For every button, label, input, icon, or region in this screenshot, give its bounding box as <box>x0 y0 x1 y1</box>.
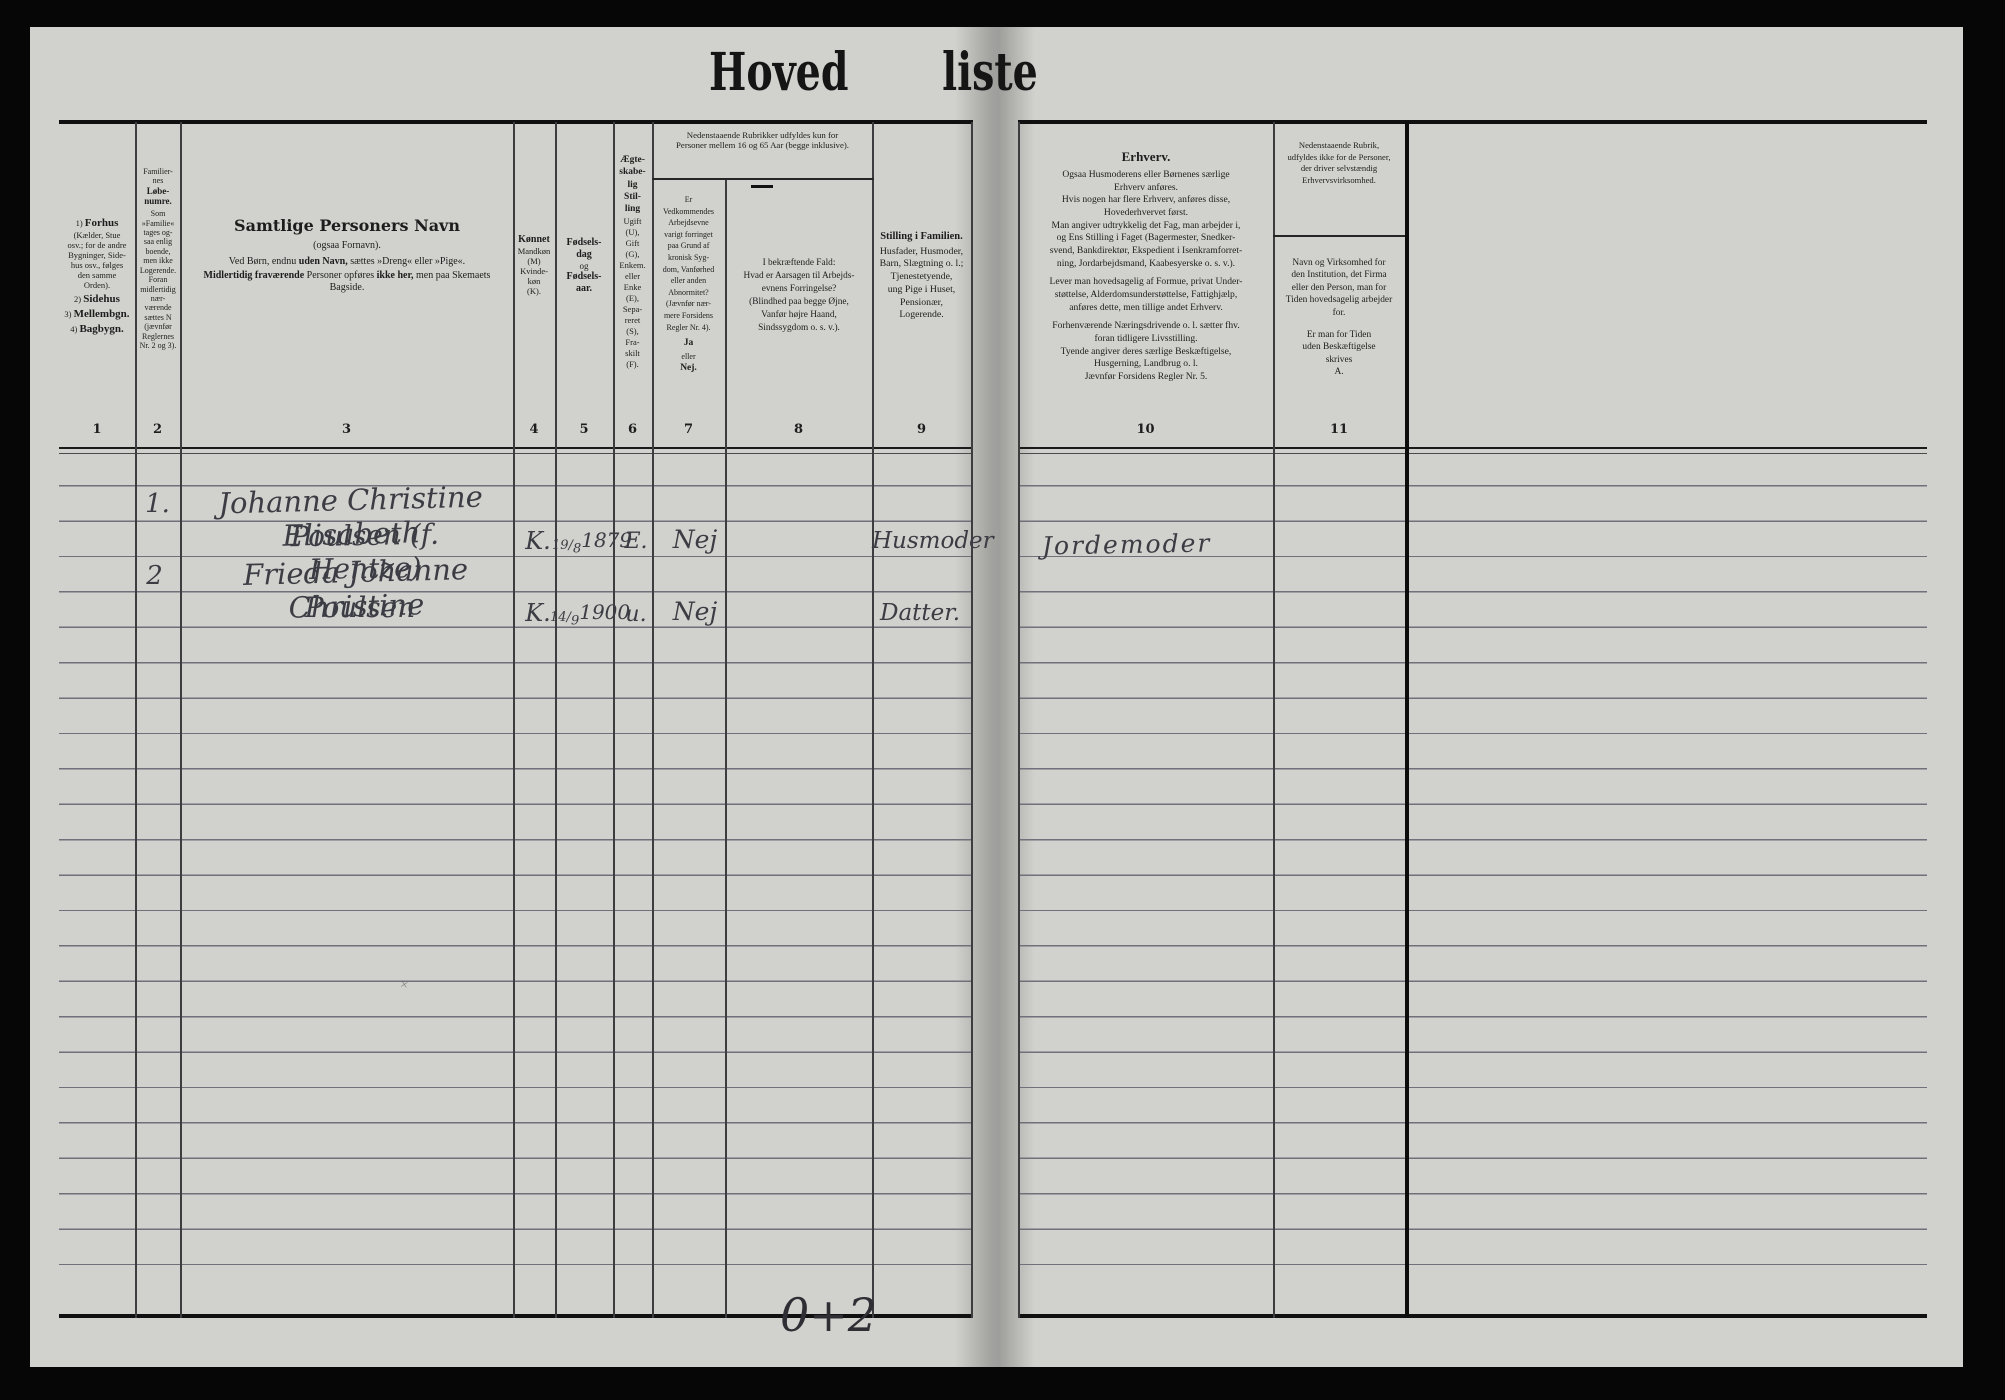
page-title: Hoved liste <box>620 42 1120 103</box>
column-line-11-right-thick <box>1405 122 1409 1318</box>
col4-note: Mandkøn (M) Kvinde- køn (K). <box>514 246 554 296</box>
title-word-left: Hoved <box>709 42 848 103</box>
scanned-census-document: Hoved liste 1) Forhus (Kælder, Stue osv.… <box>0 0 2005 1400</box>
column-line-9-right <box>971 122 973 1318</box>
column-line-3-4 <box>513 122 515 1318</box>
col2-note: Som »Familie« tages og- saa enlig boende… <box>137 209 179 351</box>
col9-note: Husfader, Husmoder, Barn, Slægtning o. l… <box>873 246 970 322</box>
row1-family-number: 1. <box>135 489 180 519</box>
col10-p6: Tyende angiver deres særlige Beskæftigel… <box>1026 346 1266 371</box>
col11-main: Navn og Virksomhed for den Institution, … <box>1276 257 1402 319</box>
title-word-right: liste <box>942 42 1038 103</box>
row2-birth-fraction: 14/9 <box>550 612 579 627</box>
col6-note: Ugift (U), Gift (G), Enkem. eller Enke (… <box>614 216 651 371</box>
header-separator-line <box>1018 447 1927 449</box>
col6-head: Ægte- skabe- lig Stil- ling <box>614 154 651 216</box>
column-line-10-left <box>1018 122 1020 1318</box>
col5-mid: og <box>556 261 612 272</box>
row2-birth-month: 9 <box>571 614 579 629</box>
bottom-tally: 0+2 <box>780 1288 877 1342</box>
col3-sub2-n2: sættes »Dreng« eller »Pige«. <box>348 256 465 267</box>
col10-p1: Ogsaa Husmoderens eller Børnenes særlige… <box>1026 169 1266 194</box>
col3-title: Samtlige Personers Navn <box>184 217 510 236</box>
row2-family-position: Datter. <box>880 600 960 626</box>
col7-nej: Nej. <box>653 362 724 376</box>
row1-occupation: Jordemoder <box>1042 529 1212 561</box>
col3-sub2-n1: Ved Børn, endnu <box>229 256 299 267</box>
row1-family-position: Husmoder <box>872 528 994 554</box>
col1-item-4-num: 4) <box>70 324 77 334</box>
row2-work-ability: Nej <box>650 597 740 626</box>
col3-number: 3 <box>180 422 513 437</box>
header-col2-family-number: Familier- nes Løbe- numre. Som »Familie«… <box>137 167 179 351</box>
col4-head: Kønnet <box>514 234 554 246</box>
row2-birth-day: 14 <box>550 610 567 625</box>
col5-head2: Fødsels- aar. <box>556 271 612 295</box>
col10-p7: Jævnfør Forsidens Regler Nr. 5. <box>1026 371 1266 384</box>
row1-birth-month: 8 <box>573 542 581 557</box>
col1-item-2: 2) Sidehus <box>61 293 133 306</box>
span-header-dash <box>751 185 773 188</box>
col1-item-4-name: Bagbygn. <box>79 323 123 335</box>
col6-number: 6 <box>613 422 652 437</box>
col9-head: Stilling i Familien. <box>873 230 970 244</box>
col11-number: 11 <box>1273 422 1405 437</box>
column-line-2-3 <box>180 122 182 1318</box>
col3-sub2: Ved Børn, endnu uden Navn, sættes »Dreng… <box>184 256 510 268</box>
row1-birth-fraction: 19/8 <box>552 540 581 555</box>
row-rule-lines <box>1018 451 1927 1281</box>
table-bottom-border <box>1018 1314 1927 1318</box>
row1-work-ability: Nej <box>650 525 740 554</box>
table-top-border <box>59 120 973 124</box>
column-line-4-5 <box>555 122 557 1318</box>
header-col3-names: Samtlige Personers Navn (ogsaa Fornavn).… <box>184 217 510 294</box>
header-col9-family-position: Stilling i Familien. Husfader, Husmoder,… <box>873 230 970 322</box>
col1-item-1-num: 1) <box>76 218 83 228</box>
col7-note: Er Vedkommendes Arbejdsevne varigt forri… <box>653 194 724 333</box>
census-table-right-page: Erhverv. Ogsaa Husmoderens eller Børnene… <box>1018 122 1927 1318</box>
header-col4-sex: Kønnet Mandkøn (M) Kvinde- køn (K). <box>514 234 554 296</box>
col1-item-3-name: Mellembgn. <box>74 308 130 320</box>
header-col6-marital: Ægte- skabe- lig Stil- ling Ugift (U), G… <box>614 154 651 370</box>
col3-sub3-n1: Personer opføres <box>304 270 376 281</box>
col7-ja: Ja <box>653 337 724 351</box>
census-table-left-page: 1) Forhus (Kælder, Stue osv.; for de and… <box>59 122 973 1318</box>
column-line-7-8 <box>725 180 727 1318</box>
col7-eller: eller <box>653 351 724 363</box>
col3-sub3-b2: ikke her, <box>377 270 414 281</box>
col3-sub1: (ogsaa Fornavn). <box>184 240 510 252</box>
col8-number: 8 <box>725 422 872 437</box>
col1-item-1: 1) Forhus <box>61 217 133 230</box>
column-line-10-11 <box>1273 122 1275 1318</box>
col1-item-1-name: Forhus <box>85 217 119 229</box>
col5-number: 5 <box>555 422 613 437</box>
col1-item-2-num: 2) <box>74 294 81 304</box>
table-top-border <box>1018 120 1927 124</box>
col1-item-2-name: Sidehus <box>83 293 120 305</box>
col1-number: 1 <box>59 422 135 437</box>
col10-head: Erhverv. <box>1026 148 1266 165</box>
col2-head: Familier- nes <box>137 167 179 186</box>
col1-item-3: 3) Mellembgn. <box>61 308 133 321</box>
col10-p5: Forhenværende Næringsdrivende o. l. sætt… <box>1026 320 1266 345</box>
col1-note: (Kælder, Stue osv.; for de andre Bygning… <box>61 230 133 290</box>
col4-number: 4 <box>513 422 555 437</box>
col7-number: 7 <box>652 422 725 437</box>
col3-sub2-b: uden Navn, <box>299 256 348 267</box>
col5-head1: Fødsels- dag <box>556 237 612 261</box>
col1-item-4: 4) Bagbygn. <box>61 323 133 336</box>
header-separator-line <box>59 447 973 449</box>
header-col5-birthdate: Fødsels- dag og Fødsels- aar. <box>556 237 612 295</box>
col2-number: 2 <box>135 422 180 437</box>
header-col10-occupation: Erhverv. Ogsaa Husmoderens eller Børnene… <box>1026 148 1266 384</box>
col9-number: 9 <box>872 422 971 437</box>
col3-sub3: Midlertidig fraværende Personer opføres … <box>197 270 497 294</box>
row2-family-number: 2 <box>132 561 177 591</box>
col10-number: 10 <box>1018 422 1273 437</box>
header-span-7-8: Nedenstaaende Rubrikker udfyldes kun for… <box>653 130 872 151</box>
span-header-underline <box>652 178 874 180</box>
row1-birth-day: 19 <box>552 538 569 553</box>
header-col11-note: Nedenstaaende Rubrik, udfyldes ikke for … <box>1276 140 1402 186</box>
header-col11-employer: Navn og Virksomhed for den Institution, … <box>1276 257 1402 379</box>
col10-p4: Lever man hovedsagelig af Formue, privat… <box>1026 276 1266 314</box>
col11-main2: Er man for Tiden uden Beskæftigelse skri… <box>1276 329 1402 379</box>
col10-p2: Hvis nogen har flere Erhverv, anføres di… <box>1026 194 1266 219</box>
row2-name-line2: Poulsen <box>280 591 440 624</box>
header-col1-building: 1) Forhus (Kælder, Stue osv.; for de and… <box>61 217 133 336</box>
col10-p3: Man angiver udtrykkelig det Fag, man arb… <box>1026 220 1266 271</box>
col3-sub3-b1: Midlertidig fraværende <box>204 270 305 281</box>
header-col7-work-ability: Er Vedkommendes Arbejdsevne varigt forri… <box>653 194 724 376</box>
col2-head-bold: Løbe- numre. <box>137 186 179 207</box>
col11-inner-line <box>1273 235 1405 237</box>
col1-item-3-num: 3) <box>64 309 71 319</box>
header-col8-cause: I bekræftende Fald: Hvad er Aarsagen til… <box>727 257 871 335</box>
